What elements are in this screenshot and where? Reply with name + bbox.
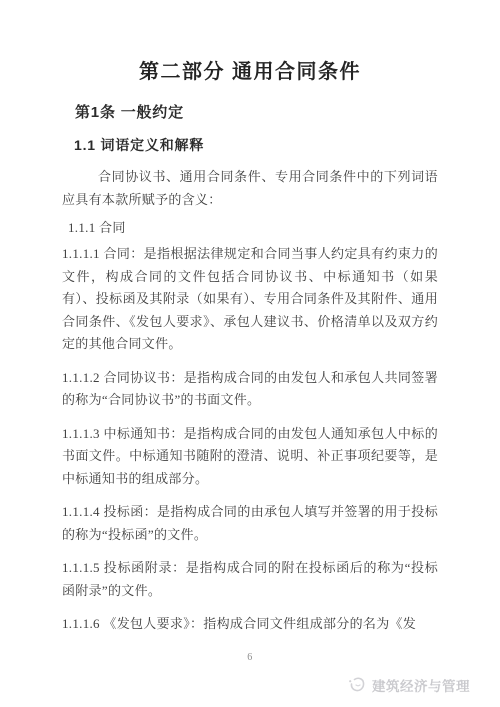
definition-paragraph-bid-appendix: 1.1.1.5 投标函附录：是指构成合同的附在投标函后的称为“投标函附录”的文件… [62,557,438,602]
watermark-label: 建筑经济与管理 [372,675,470,695]
clause-heading: 1.1 词语定义和解释 [74,136,500,154]
document-title: 第二部分 通用合同条件 [0,58,500,86]
section-heading: 第1条 一般约定 [75,103,500,122]
sub-clause-heading: 1.1.1 合同 [68,217,438,238]
watermark: 建筑经济与管理 [348,675,470,695]
definition-paragraph-award-notice: 1.1.1.3 中标通知书：是指构成合同的由发包人通知承包人中标的书面文件。中标… [62,423,438,491]
definition-paragraph-employer-requirements: 1.1.1.6 《发包人要求》：指构成合同文件组成部分的名为《发 [62,613,438,636]
definition-paragraph-contract: 1.1.1.1 合同：是指根据法律规定和合同当事人约定具有约束力的文件，构成合同… [62,243,438,356]
intro-paragraph: 合同协议书、通用合同条件、专用合同条件中的下列词语应具有本款所赋予的含义： [62,166,438,211]
circle-logo-icon [348,676,368,694]
definition-paragraph-agreement: 1.1.1.2 合同协议书：是指构成合同的由发包人和承包人共同签署的称为“合同协… [62,367,438,412]
page-number: 6 [0,652,500,663]
definition-paragraph-bid-letter: 1.1.1.4 投标函：是指构成合同的由承包人填写并签署的用于投标的称为“投标函… [62,501,438,546]
document-page: 第二部分 通用合同条件 第1条 一般约定 1.1 词语定义和解释 合同协议书、通… [0,0,500,707]
